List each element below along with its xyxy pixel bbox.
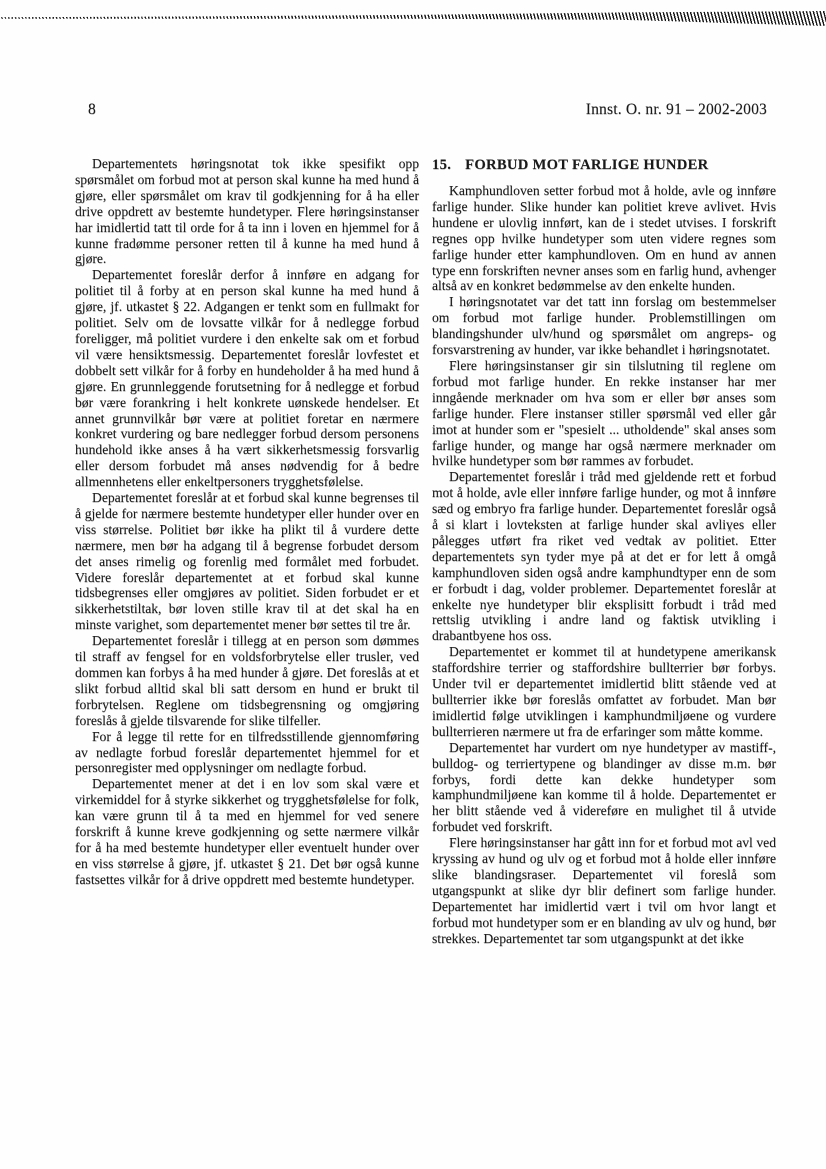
paragraph: Flere høringsinstanser har gått inn for … <box>432 835 776 946</box>
section-number: 15. <box>432 157 451 173</box>
scan-edge-artifact <box>0 11 826 26</box>
paragraph: For å legge til rette for en tilfredssti… <box>75 729 419 777</box>
page-header: 8 Innst. O. nr. 91 – 2002-2003 <box>75 101 776 119</box>
paragraph: Departementet foreslår i tråd med gjelde… <box>432 469 776 644</box>
text-columns: Departementets høringsnotat tok ikke spe… <box>75 156 776 947</box>
left-column: Departementets høringsnotat tok ikke spe… <box>75 156 419 947</box>
section-heading: 15. FORBUD MOT FARLIGE HUNDER <box>432 157 776 173</box>
paragraph: Departementet er kommet til at hundetype… <box>432 644 776 739</box>
paragraph: Departementet har vurdert om nye hundety… <box>432 740 776 835</box>
paragraph: Departementet foreslår i tillegg at en p… <box>75 633 419 728</box>
paragraph: Departementets høringsnotat tok ikke spe… <box>75 156 419 267</box>
scanned-document-page: 8 Innst. O. nr. 91 – 2002-2003 Departeme… <box>0 0 826 1169</box>
paragraph: I høringsnotatet var det tatt inn forsla… <box>432 294 776 358</box>
paragraph: Departementet mener at det i en lov som … <box>75 776 419 887</box>
scan-speck: × <box>727 525 732 535</box>
paragraph: Flere høringsinstanser gir sin tilslutni… <box>432 358 776 469</box>
document-reference: Innst. O. nr. 91 – 2002-2003 <box>586 101 767 119</box>
section-title: FORBUD MOT FARLIGE HUNDER <box>465 157 708 173</box>
right-column: 15. FORBUD MOT FARLIGE HUNDER Kamphundlo… <box>432 156 776 947</box>
paragraph: Kamphundloven setter forbud mot å holde,… <box>432 183 776 294</box>
paragraph: Departementet foreslår at et forbud skal… <box>75 490 419 633</box>
paragraph: Departementet foreslår derfor å innføre … <box>75 267 419 490</box>
page-number: 8 <box>88 101 96 119</box>
